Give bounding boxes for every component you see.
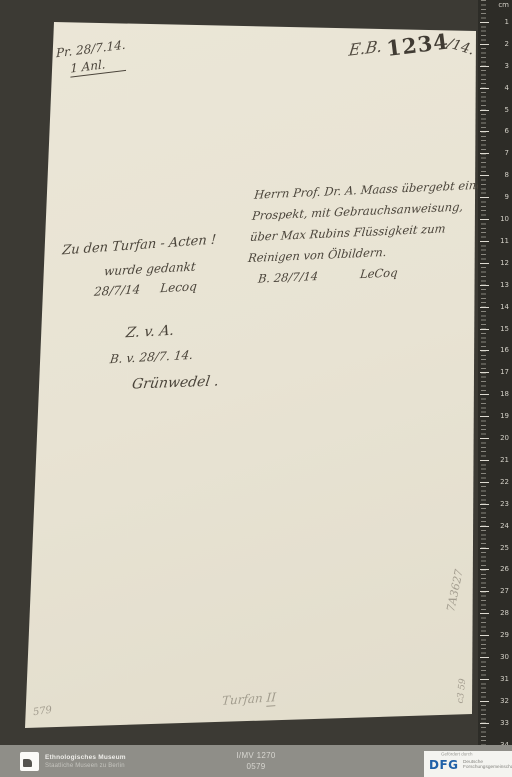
ruler-label: 6 [505, 127, 509, 135]
stamp-fraction: /14. [446, 35, 476, 58]
ruler-tick [480, 329, 489, 330]
ruler-tick [480, 219, 489, 220]
ruler-tick [480, 285, 489, 286]
ruler-tick [480, 241, 489, 242]
ruler-label: 28 [500, 609, 509, 617]
ruler-tick [480, 350, 489, 351]
archive-reference-line2: 0579 [196, 761, 316, 772]
ruler-label: 8 [505, 171, 509, 179]
pencil-turfan-numeral: II [266, 690, 277, 707]
ruler-label: 1 [505, 18, 509, 26]
ruler-tick [480, 548, 489, 549]
dfg-logo: DFG [429, 759, 459, 771]
archive-reference-line1: I/MV 1270 [196, 750, 316, 761]
dfg-full-name: Deutsche Forschungsgemeinschaft [463, 760, 512, 770]
ruler-label: 33 [500, 719, 509, 727]
ruler-label: 24 [500, 522, 509, 530]
ruler-tick [480, 175, 489, 176]
ruler-label: 31 [500, 675, 509, 683]
ruler-tick [480, 197, 489, 198]
ruler-tick [480, 591, 489, 592]
pencil-turfan-label: Turfan II [222, 690, 277, 708]
ruler-tick [480, 22, 489, 23]
ruler-label: 15 [500, 325, 509, 333]
ruler-label: 9 [505, 193, 509, 201]
ruler-label: 32 [500, 697, 509, 705]
ruler-label: 14 [500, 303, 509, 311]
ruler-tick [480, 416, 489, 417]
scan-stage: Pr. 28/7.14. 1 Anl. E.B. 1234 /14. Herrn… [0, 0, 512, 777]
ruler-label: 12 [500, 259, 509, 267]
message-date: B. 28/7/14 [257, 266, 319, 290]
ruler-unit-label: cm [498, 1, 509, 9]
stamp-initials: E.B. [348, 36, 384, 60]
museum-logo-glyph [23, 759, 32, 767]
document-page [25, 22, 476, 729]
ruler-tick [480, 88, 489, 89]
dfg-name-line2: Forschungsgemeinschaft [463, 765, 512, 770]
ruler-tick [480, 657, 489, 658]
ruler-label: 10 [500, 215, 509, 223]
dfg-logo-row: DFG Deutsche Forschungsgemeinschaft [429, 759, 512, 771]
note-signature-1: Lecoq [160, 279, 198, 295]
museum-name: Ethnologisches Museum [45, 754, 126, 761]
museum-identity: Ethnologisches Museum Staatliche Museen … [45, 754, 126, 770]
archive-reference: I/MV 1270 0579 [196, 750, 316, 772]
dfg-logo-box: Gefördert durch DFG Deutsche Forschungsg… [424, 751, 512, 777]
ruler-tick [480, 613, 489, 614]
ruler-tick [480, 153, 489, 154]
note-signature-2: Grünwedel . [131, 373, 220, 392]
ruler-label: 20 [500, 434, 509, 442]
ruler-tick [480, 110, 489, 111]
ruler-tick [480, 131, 489, 132]
ruler-label: 26 [500, 565, 509, 573]
ruler-label: 27 [500, 587, 509, 595]
ruler-tick [480, 482, 489, 483]
ruler-tick [480, 679, 489, 680]
ruler-label: 13 [500, 281, 509, 289]
ruler-label: 21 [500, 456, 509, 464]
ruler-label: 19 [500, 412, 509, 420]
ruler-tick [480, 460, 489, 461]
ruler-label: 5 [505, 106, 509, 114]
message-signature: LeCoq [359, 262, 399, 285]
ruler-tick [480, 504, 489, 505]
pencil-turfan-word: Turfan [222, 691, 264, 708]
museum-logo [20, 752, 39, 771]
ruler-tick [480, 263, 489, 264]
ruler-tick [480, 394, 489, 395]
ruler-label: 16 [500, 346, 509, 354]
ruler-label: 7 [505, 149, 509, 157]
ruler-label: 11 [500, 237, 509, 245]
ruler-tick [480, 372, 489, 373]
ruler-tick [480, 526, 489, 527]
ruler-tick [480, 438, 489, 439]
ruler-tick [480, 723, 489, 724]
ruler: cm 1234567891011121314151617181920212223… [478, 0, 512, 745]
ruler-tick [480, 44, 489, 45]
ruler-tick [480, 307, 489, 308]
ruler-label: 4 [505, 84, 509, 92]
ruler-label: 17 [500, 368, 509, 376]
ruler-label: 29 [500, 631, 509, 639]
ruler-tick [480, 569, 489, 570]
museum-subtitle: Staatliche Museen zu Berlin [45, 763, 126, 770]
ruler-label: 25 [500, 544, 509, 552]
ruler-label: 23 [500, 500, 509, 508]
ruler-label: 2 [505, 40, 509, 48]
ruler-label: 18 [500, 390, 509, 398]
ruler-tick [480, 66, 489, 67]
ruler-tick [480, 635, 489, 636]
note-date: 28/7/14 [93, 282, 140, 299]
ruler-label: 30 [500, 653, 509, 661]
message-block: Herrn Prof. Dr. A. Maass übergebt einen … [245, 175, 481, 290]
ruler-label: 22 [500, 478, 509, 486]
note-line4: Z. v. A. [125, 323, 175, 342]
dfg-funding-label: Gefördert durch [441, 752, 505, 757]
ruler-label: 3 [505, 62, 509, 70]
ruler-tick [480, 701, 489, 702]
